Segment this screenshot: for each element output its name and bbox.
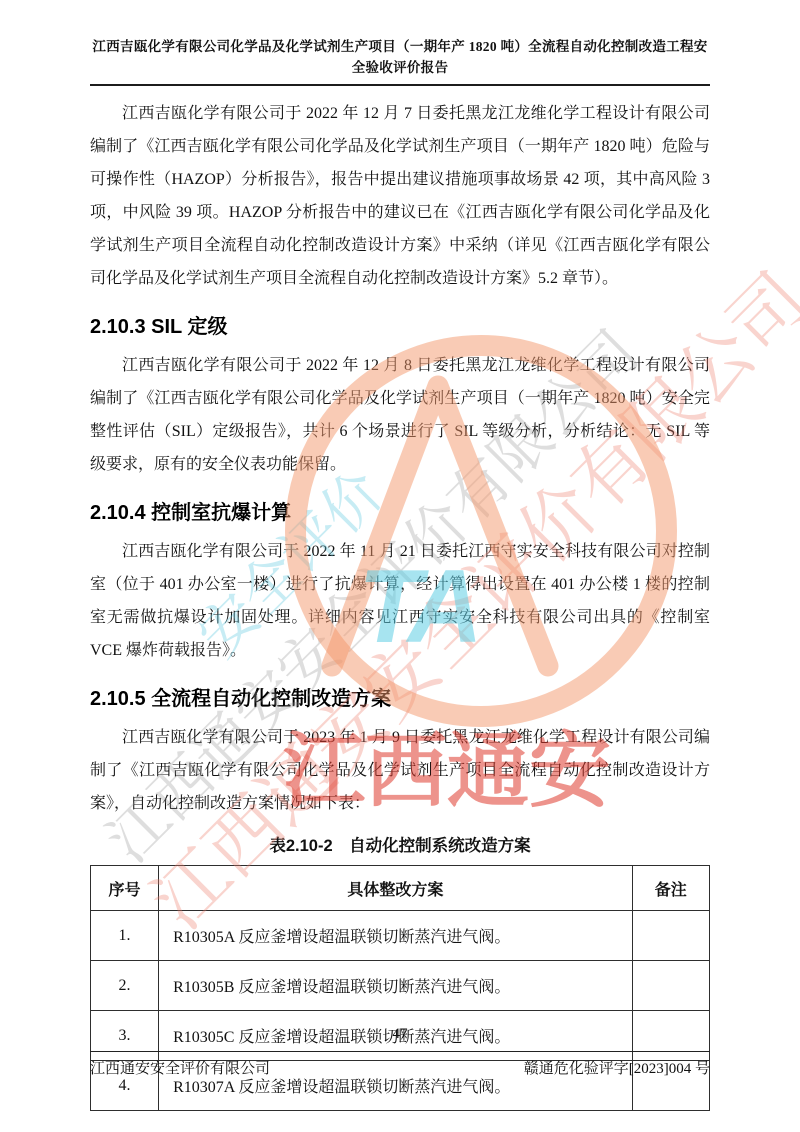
row-note xyxy=(632,961,709,1011)
row-number: 2. xyxy=(91,961,159,1011)
page-content: 江西吉瓯化学有限公司化学品及化学试剂生产项目（一期年产 1820 吨）全流程自动… xyxy=(0,0,800,1111)
paragraph-blast: 江西吉瓯化学有限公司于 2022 年 11 月 21 日委托江西守实安全科技有限… xyxy=(90,535,710,667)
table-row: 2. R10305B 反应釜增设超温联锁切断蒸汽进气阀。 xyxy=(91,961,710,1011)
column-header-plan: 具体整改方案 xyxy=(159,866,633,911)
page-footer: 江西通安安全评价有限公司 赣通危化验评字[2023]004 号 xyxy=(90,1051,710,1078)
footer-doc-number: 赣通危化验评字[2023]004 号 xyxy=(524,1057,710,1078)
section-heading-blast: 2.10.4 控制室抗爆计算 xyxy=(90,496,710,525)
report-page: 江西吉瓯化学有限公司化学品及化学试剂生产项目（一期年产 1820 吨）全流程自动… xyxy=(0,0,800,1132)
table-title: 表2.10-2 自动化控制系统改造方案 xyxy=(90,832,710,856)
table-header-row: 序号 具体整改方案 备注 xyxy=(91,866,710,911)
row-plan: R10305B 反应釜增设超温联锁切断蒸汽进气阀。 xyxy=(159,961,633,1011)
header-title-line2: 全验收评价报告 xyxy=(90,57,710,78)
row-note xyxy=(632,911,709,961)
paragraph-hazop: 江西吉瓯化学有限公司于 2022 年 12 月 7 日委托黑龙江龙维化学工程设计… xyxy=(90,97,710,295)
section-heading-sil: 2.10.3 SIL 定级 xyxy=(90,310,710,339)
footer-company: 江西通安安全评价有限公司 xyxy=(90,1057,270,1078)
column-header-no: 序号 xyxy=(91,866,159,911)
header-title-line1: 江西吉瓯化学有限公司化学品及化学试剂生产项目（一期年产 1820 吨）全流程自动… xyxy=(90,36,710,57)
paragraph-auto: 江西吉瓯化学有限公司于 2023 年 1 月 9 日委托黑龙江龙维化学工程设计有… xyxy=(90,721,710,820)
section-heading-auto: 2.10.5 全流程自动化控制改造方案 xyxy=(90,682,710,711)
page-header: 江西吉瓯化学有限公司化学品及化学试剂生产项目（一期年产 1820 吨）全流程自动… xyxy=(90,0,710,86)
table-row: 1. R10305A 反应釜增设超温联锁切断蒸汽进气阀。 xyxy=(91,911,710,961)
page-number: 47 xyxy=(0,1026,800,1043)
column-header-note: 备注 xyxy=(632,866,709,911)
row-number: 1. xyxy=(91,911,159,961)
row-plan: R10305A 反应釜增设超温联锁切断蒸汽进气阀。 xyxy=(159,911,633,961)
paragraph-sil: 江西吉瓯化学有限公司于 2022 年 12 月 8 日委托黑龙江龙维化学工程设计… xyxy=(90,349,710,481)
